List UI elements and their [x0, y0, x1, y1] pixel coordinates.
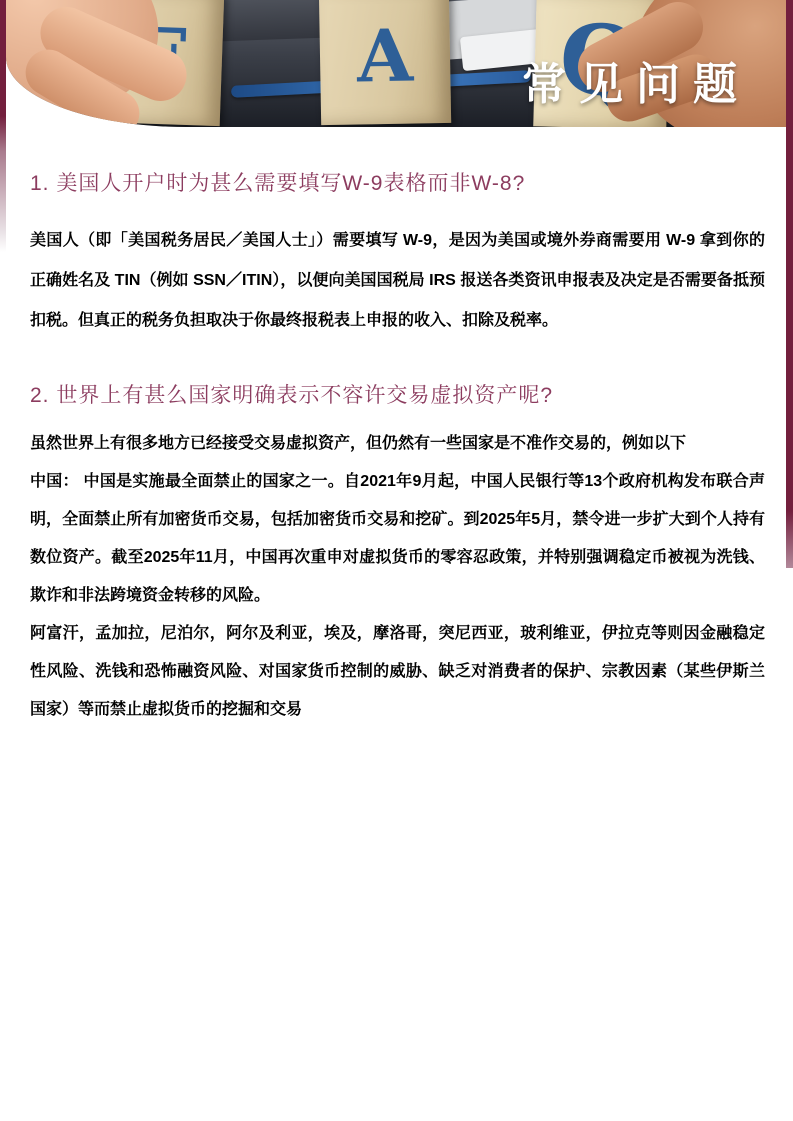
wood-block-a: A	[319, 0, 451, 125]
faq-document-page: F A Q 常见问题 1. 美国人开户时为甚么需要填写W-9表格而非W-8? 美…	[0, 0, 793, 1121]
faq-answer-paragraph: 中国： 中国是实施最全面禁止的国家之一。自2021年9月起，中国人民银行等13个…	[30, 463, 765, 615]
faq-question-1: 1. 美国人开户时为甚么需要填写W-9表格而非W-8?	[30, 169, 765, 199]
faq-section-1: 1. 美国人开户时为甚么需要填写W-9表格而非W-8? 美国人（即「美国税务居民…	[30, 169, 765, 341]
faq-question-2: 2. 世界上有甚么国家明确表示不容许交易虚拟资产呢?	[30, 381, 765, 411]
document-body: 1. 美国人开户时为甚么需要填写W-9表格而非W-8? 美国人（即「美国税务居民…	[30, 127, 765, 729]
right-accent-strip	[786, 0, 793, 568]
block-letter-a: A	[356, 12, 413, 98]
header-banner-photo: F A Q 常见问题	[6, 0, 786, 127]
faq-answer-paragraph: 阿富汗，孟加拉，尼泊尔，阿尔及利亚，埃及，摩洛哥，突尼西亚，玻利维亚，伊拉克等则…	[30, 615, 765, 729]
faq-answer-paragraph: 虽然世界上有很多地方已经接受交易虚拟资产，但仍然有一些国家是不准作交易的，例如以…	[30, 425, 765, 463]
faq-section-2: 2. 世界上有甚么国家明确表示不容许交易虚拟资产呢? 虽然世界上有很多地方已经接…	[30, 381, 765, 729]
banner-title: 常见问题	[522, 48, 750, 112]
faq-answer-paragraph: 美国人（即「美国税务居民／美国人士」）需要填写 W-9，是因为美国或境外券商需要…	[30, 221, 765, 341]
